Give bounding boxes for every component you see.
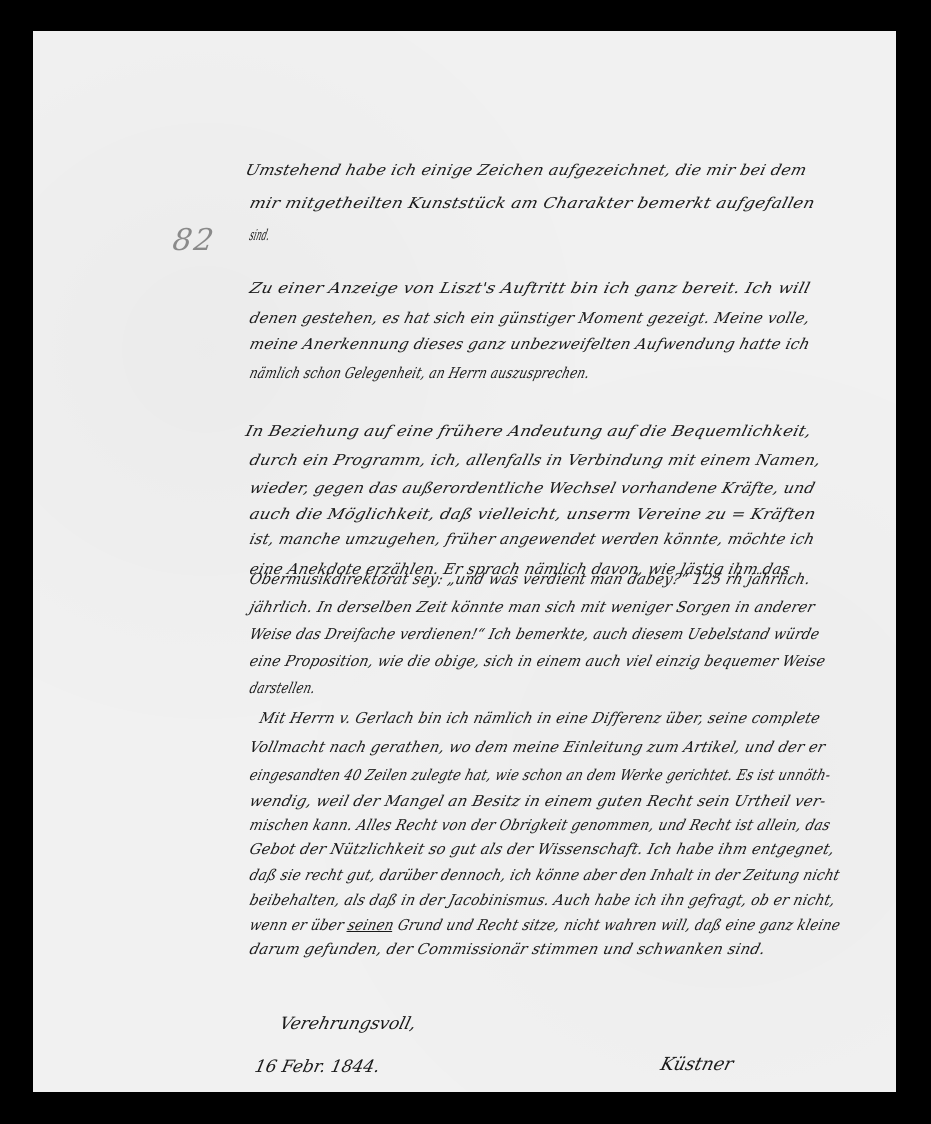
letter-line: Vollmacht nach gerathen, wo dem meine Ei… — [248, 740, 827, 755]
letter-line: wendig, weil der Mangel an Besitz in ein… — [248, 794, 827, 809]
letter-date: 16 Febr. 1844. — [253, 1057, 382, 1077]
closing-salutation: Verehrungsvoll, — [278, 1014, 419, 1034]
letter-line: Mit Herrn v. Gerlach bin ich nämlich in … — [258, 711, 822, 726]
letter-line: beibehalten, als daß in der Jacobinismus… — [248, 893, 837, 908]
folio-number: 82 — [171, 223, 218, 258]
letter-line: In Beziehung auf eine frühere Andeutung … — [244, 424, 813, 439]
letter-line: Umstehend habe ich einige Zeichen aufgez… — [244, 163, 808, 178]
letter-line: sind. — [248, 228, 271, 243]
letter-line: mischen kann. Alles Recht von der Obrigk… — [248, 818, 832, 833]
letter-line: wenn er über seinen Grund und Recht sitz… — [248, 918, 842, 933]
letter-line: nämlich schon Gelegenheit, an Herrn ausz… — [248, 366, 591, 381]
letter-line: darstellen. — [248, 681, 317, 696]
letter-line: eingesandten 40 Zeilen zulegte hat, wie … — [248, 768, 832, 783]
letter-line: eine Proposition, wie die obige, sich in… — [248, 654, 827, 669]
letter-line: Gebot der Nützlichkeit so gut als der Wi… — [248, 842, 836, 857]
letter-line: jährlich. In derselben Zeit könnte man s… — [248, 600, 816, 615]
letter-line: daß sie recht gut, darüber dennoch, ich … — [248, 868, 841, 883]
letter-line: durch ein Programm, ich, allenfalls in V… — [248, 453, 822, 468]
letter-line: mir mitgetheilten Kunststück am Charakte… — [248, 196, 816, 211]
underlined-word: seinen — [346, 916, 396, 934]
letter-line: Zu einer Anzeige von Liszt's Auftritt bi… — [248, 281, 812, 296]
letter-line: meine Anerkennung dieses ganz unbezweife… — [248, 337, 811, 352]
letter-page: 82 Umstehend habe ich einige Zeichen auf… — [33, 31, 896, 1092]
letter-line: denen gestehen, es hat sich ein günstige… — [248, 311, 811, 326]
letter-line: Weise das Dreifache verdienen!“ Ich beme… — [248, 627, 821, 642]
letter-line: ist, manche umzugehen, früher angewendet… — [248, 532, 816, 547]
letter-line: auch die Möglichkeit, daß vielleicht, un… — [248, 507, 817, 522]
letter-line: Obermusikdirektorat sey: „und was verdie… — [248, 572, 812, 587]
signature: Küstner — [658, 1054, 735, 1075]
letter-line: darum gefunden, der Commissionär stimmen… — [248, 942, 767, 957]
letter-line: wieder, gegen das außerordentliche Wechs… — [248, 481, 817, 496]
